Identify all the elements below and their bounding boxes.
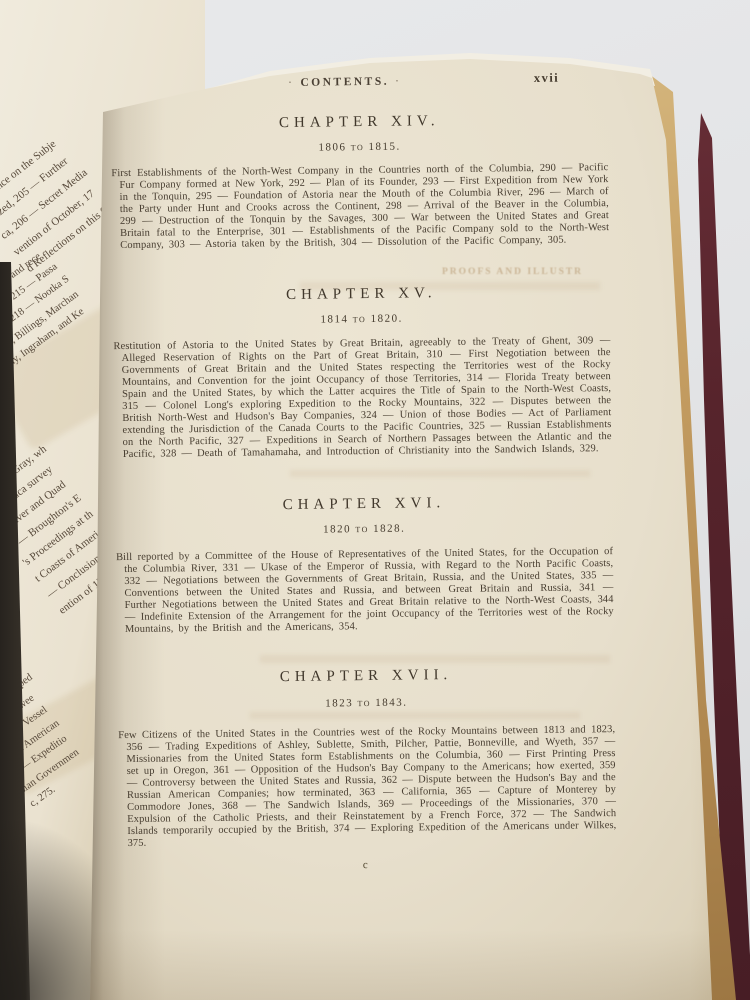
running-head-row: ·CONTENTS.· xvii	[110, 73, 607, 91]
page-number: xvii	[534, 71, 560, 86]
chapter-summary-xv: Restitution of Astoria to the United Sta…	[113, 335, 611, 461]
chapter-dates-xiv: 1806 to 1815.	[111, 138, 608, 156]
chapter-heading-xvii: CHAPTER XVII.	[117, 665, 614, 688]
book-photo: of France on the Subjeseized, 205 — Furt…	[0, 0, 750, 1000]
chapter-summary-xvii: Few Citizens of the United States in the…	[118, 724, 616, 850]
running-head: ·CONTENTS.·	[96, 73, 593, 91]
running-head-label: CONTENTS.	[300, 76, 389, 89]
chapter-heading-xv: CHAPTER XV.	[113, 283, 610, 306]
printed-text: ·CONTENTS.· xvii CHAPTER XIV. 1806 to 18…	[0, 0, 750, 1000]
chapter-dates-xvii: 1823 to 1843.	[118, 694, 615, 712]
chapter-heading-xiv: CHAPTER XIV.	[111, 111, 608, 134]
chapter-summary-xvi: Bill reported by a Committee of the Hous…	[116, 546, 614, 636]
chapter-summary-xiv: First Establishments of the North-West C…	[111, 162, 609, 252]
chapter-heading-xvi: CHAPTER XVI.	[115, 493, 612, 516]
chapter-dates-xv: 1814 to 1820.	[113, 310, 610, 328]
signature-mark: c	[363, 859, 368, 871]
head-ornament-dot: ·	[389, 76, 407, 88]
head-ornament-dot: ·	[282, 77, 300, 89]
chapter-dates-xvi: 1820 to 1828.	[116, 520, 613, 538]
